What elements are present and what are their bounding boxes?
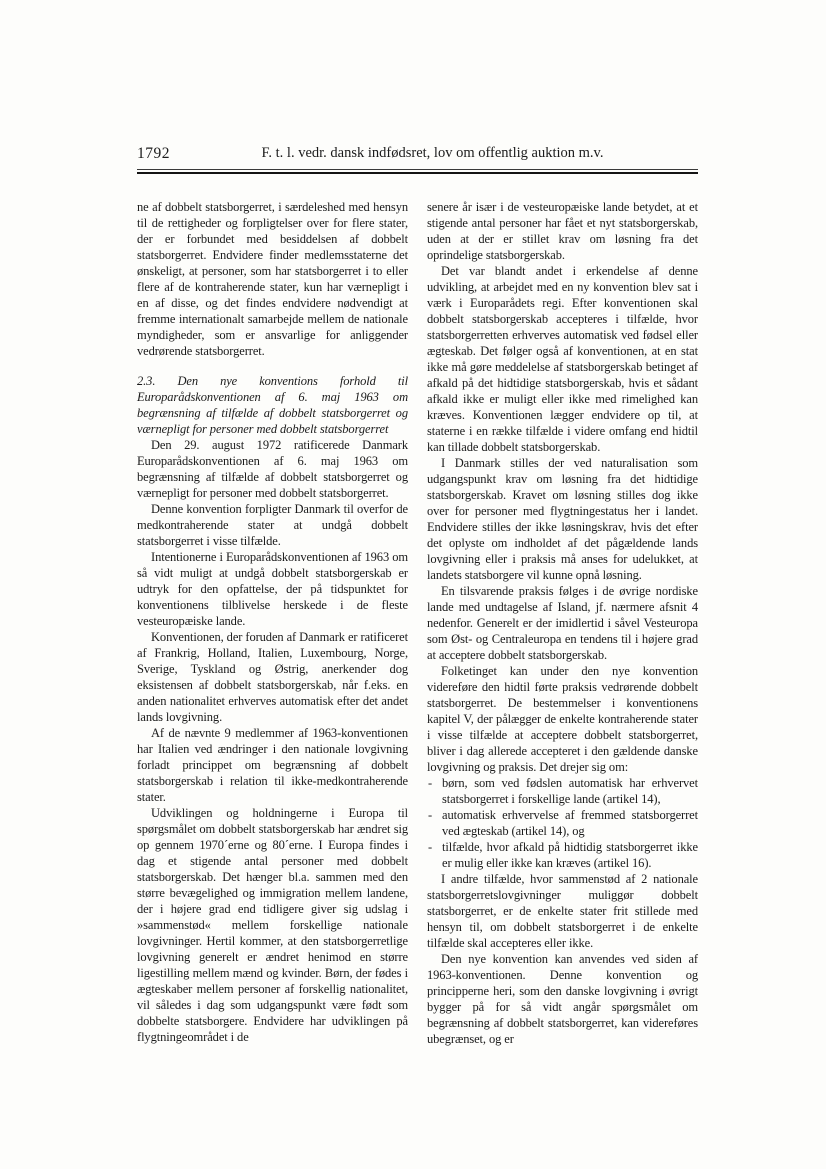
header-rule — [137, 169, 698, 174]
body-columns: ne af dobbelt statsborgerret, i særdeles… — [137, 199, 698, 1047]
list-item: -børn, som ved fødslen automatisk har er… — [427, 775, 698, 807]
list-item-text: tilfælde, hvor afkald på hidtidig statsb… — [442, 840, 698, 870]
running-title: F. t. l. vedr. dansk indfødsret, lov om … — [137, 145, 698, 162]
list-dash-marker: - — [428, 839, 432, 855]
paragraph: En tilsvarende praksis følges i de øvrig… — [427, 583, 698, 663]
paragraph: Udviklingen og holdningerne i Europa til… — [137, 805, 408, 1045]
paragraph: Folketinget kan under den nye konvention… — [427, 663, 698, 775]
paragraph: ne af dobbelt statsborgerret, i særdeles… — [137, 199, 408, 359]
right-column: senere år især i de vesteuropæiske lande… — [427, 199, 698, 1047]
paragraph: I Danmark stilles der ved naturalisation… — [427, 455, 698, 583]
list-item: -automatisk erhvervelse af fremmed stats… — [427, 807, 698, 839]
list-dash-marker: - — [428, 807, 432, 823]
page-header: 1792 F. t. l. vedr. dansk indfødsret, lo… — [137, 145, 698, 166]
document-page: 1792 F. t. l. vedr. dansk indfødsret, lo… — [0, 0, 826, 1169]
left-column: ne af dobbelt statsborgerret, i særdeles… — [137, 199, 408, 1047]
paragraph: Den 29. august 1972 ratificerede Danmark… — [137, 437, 408, 501]
list-dash-marker: - — [428, 775, 432, 791]
paragraph: Konventionen, der foruden af Danmark er … — [137, 629, 408, 725]
page-content: 1792 F. t. l. vedr. dansk indfødsret, lo… — [137, 145, 698, 1047]
paragraph: senere år især i de vesteuropæiske lande… — [427, 199, 698, 263]
list-item: -tilfælde, hvor afkald på hidtidig stats… — [427, 839, 698, 871]
paragraph: Denne konvention forpligter Danmark til … — [137, 501, 408, 549]
header-rule-thin-line — [137, 169, 698, 170]
header-rule-thick-line — [137, 172, 698, 174]
page-number: 1792 — [137, 145, 170, 163]
section-heading: 2.3. Den nye konventions forhold til Eur… — [137, 373, 408, 437]
paragraph: Af de nævnte 9 medlemmer af 1963-konvent… — [137, 725, 408, 805]
paragraph: I andre tilfælde, hvor sammenstød af 2 n… — [427, 871, 698, 951]
paragraph: Det var blandt andet i erkendelse af den… — [427, 263, 698, 455]
list-item-text: automatisk erhvervelse af fremmed statsb… — [442, 808, 698, 838]
list-item-text: børn, som ved fødslen automatisk har erh… — [442, 776, 698, 806]
paragraph: Intentionerne i Europarådskonventionen a… — [137, 549, 408, 629]
paragraph: Den nye konvention kan anvendes ved side… — [427, 951, 698, 1047]
